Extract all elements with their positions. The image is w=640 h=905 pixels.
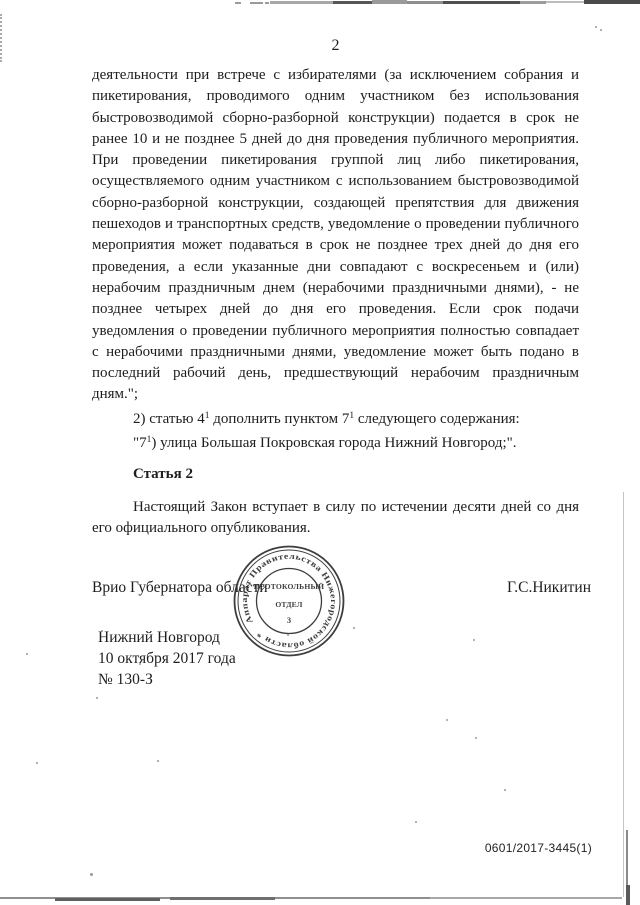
scan-speck — [475, 737, 477, 739]
scan-speck — [473, 639, 475, 641]
scan-artifact-top-line — [443, 1, 520, 4]
scan-speck — [595, 26, 597, 28]
scan-speck — [446, 719, 448, 721]
scan-artifact-left-dots — [0, 14, 2, 62]
signer-name: Г.С.Никитин — [507, 577, 591, 598]
scan-speck — [415, 821, 417, 823]
article-2-heading: Статья 2 — [92, 464, 579, 485]
scan-speck — [101, 630, 103, 632]
street-text: ) улица Большая Покровская города Нижний… — [151, 435, 516, 451]
document-content: 2 деятельности при встрече с избирателям… — [92, 0, 579, 690]
scan-artifact-top-line — [265, 2, 269, 4]
scan-speck — [90, 873, 93, 876]
scan-speck — [504, 789, 506, 791]
scan-speck — [353, 627, 355, 629]
scan-artifact-top-line — [407, 1, 443, 4]
page-number: 2 — [92, 36, 579, 56]
law-text-continuation-paragraph: деятельности при встрече с избирателями … — [92, 65, 579, 406]
amendment-text: следующего содержания: — [354, 411, 520, 427]
scan-artifact-top-line — [250, 2, 263, 4]
scan-artifact-top-line — [546, 1, 584, 3]
street-clause-line: "71) улица Большая Покровская города Ниж… — [92, 430, 579, 454]
scan-speck — [600, 29, 602, 31]
scan-artifact-top-line — [333, 1, 372, 4]
scan-artifact-right-line — [623, 492, 624, 897]
scan-artifact-bottom-line — [55, 898, 160, 901]
scan-artifact-top-line — [372, 0, 407, 4]
issuance-number: № 130-З — [98, 669, 579, 690]
scan-artifact-bottom-line — [430, 897, 622, 899]
scan-artifact-top-line — [235, 2, 241, 4]
scan-artifact-bottom-line — [170, 897, 275, 900]
stamp-department-line1: ПРОТОКОЛЬНЫЙ — [254, 582, 324, 591]
scan-speck — [26, 653, 28, 655]
stamp-number: 3 — [287, 615, 291, 625]
scan-artifact-right-line — [626, 885, 630, 905]
scan-artifact-top-line — [584, 0, 640, 4]
street-text: "7 — [133, 435, 147, 451]
scanned-law-page: 2 деятельности при встрече с избирателям… — [0, 0, 640, 905]
scan-speck — [157, 760, 159, 762]
scan-speck — [36, 762, 38, 764]
scan-artifact-top-line — [270, 1, 333, 4]
amendment-text: дополнить пунктом 7 — [210, 411, 350, 427]
scan-artifact-top-line — [520, 1, 546, 4]
scan-speck — [96, 697, 98, 699]
official-round-stamp: Аппарат Правительства Нижегородской обла… — [232, 544, 346, 658]
amendment-clause-line: 2) статью 41 дополнить пунктом 71 следую… — [92, 406, 579, 430]
scan-speck — [139, 663, 141, 665]
stamp-department-line2: ОТДЕЛ — [275, 600, 302, 609]
document-registration-code: 0601/2017-3445(1) — [0, 841, 592, 855]
amendment-text: 2) статью 4 — [133, 411, 205, 427]
signature-row: Врио Губернатора области Г.С.Никитин Апп… — [92, 577, 591, 598]
article-2-paragraph: Настоящий Закон вступает в силу по истеч… — [92, 497, 579, 540]
